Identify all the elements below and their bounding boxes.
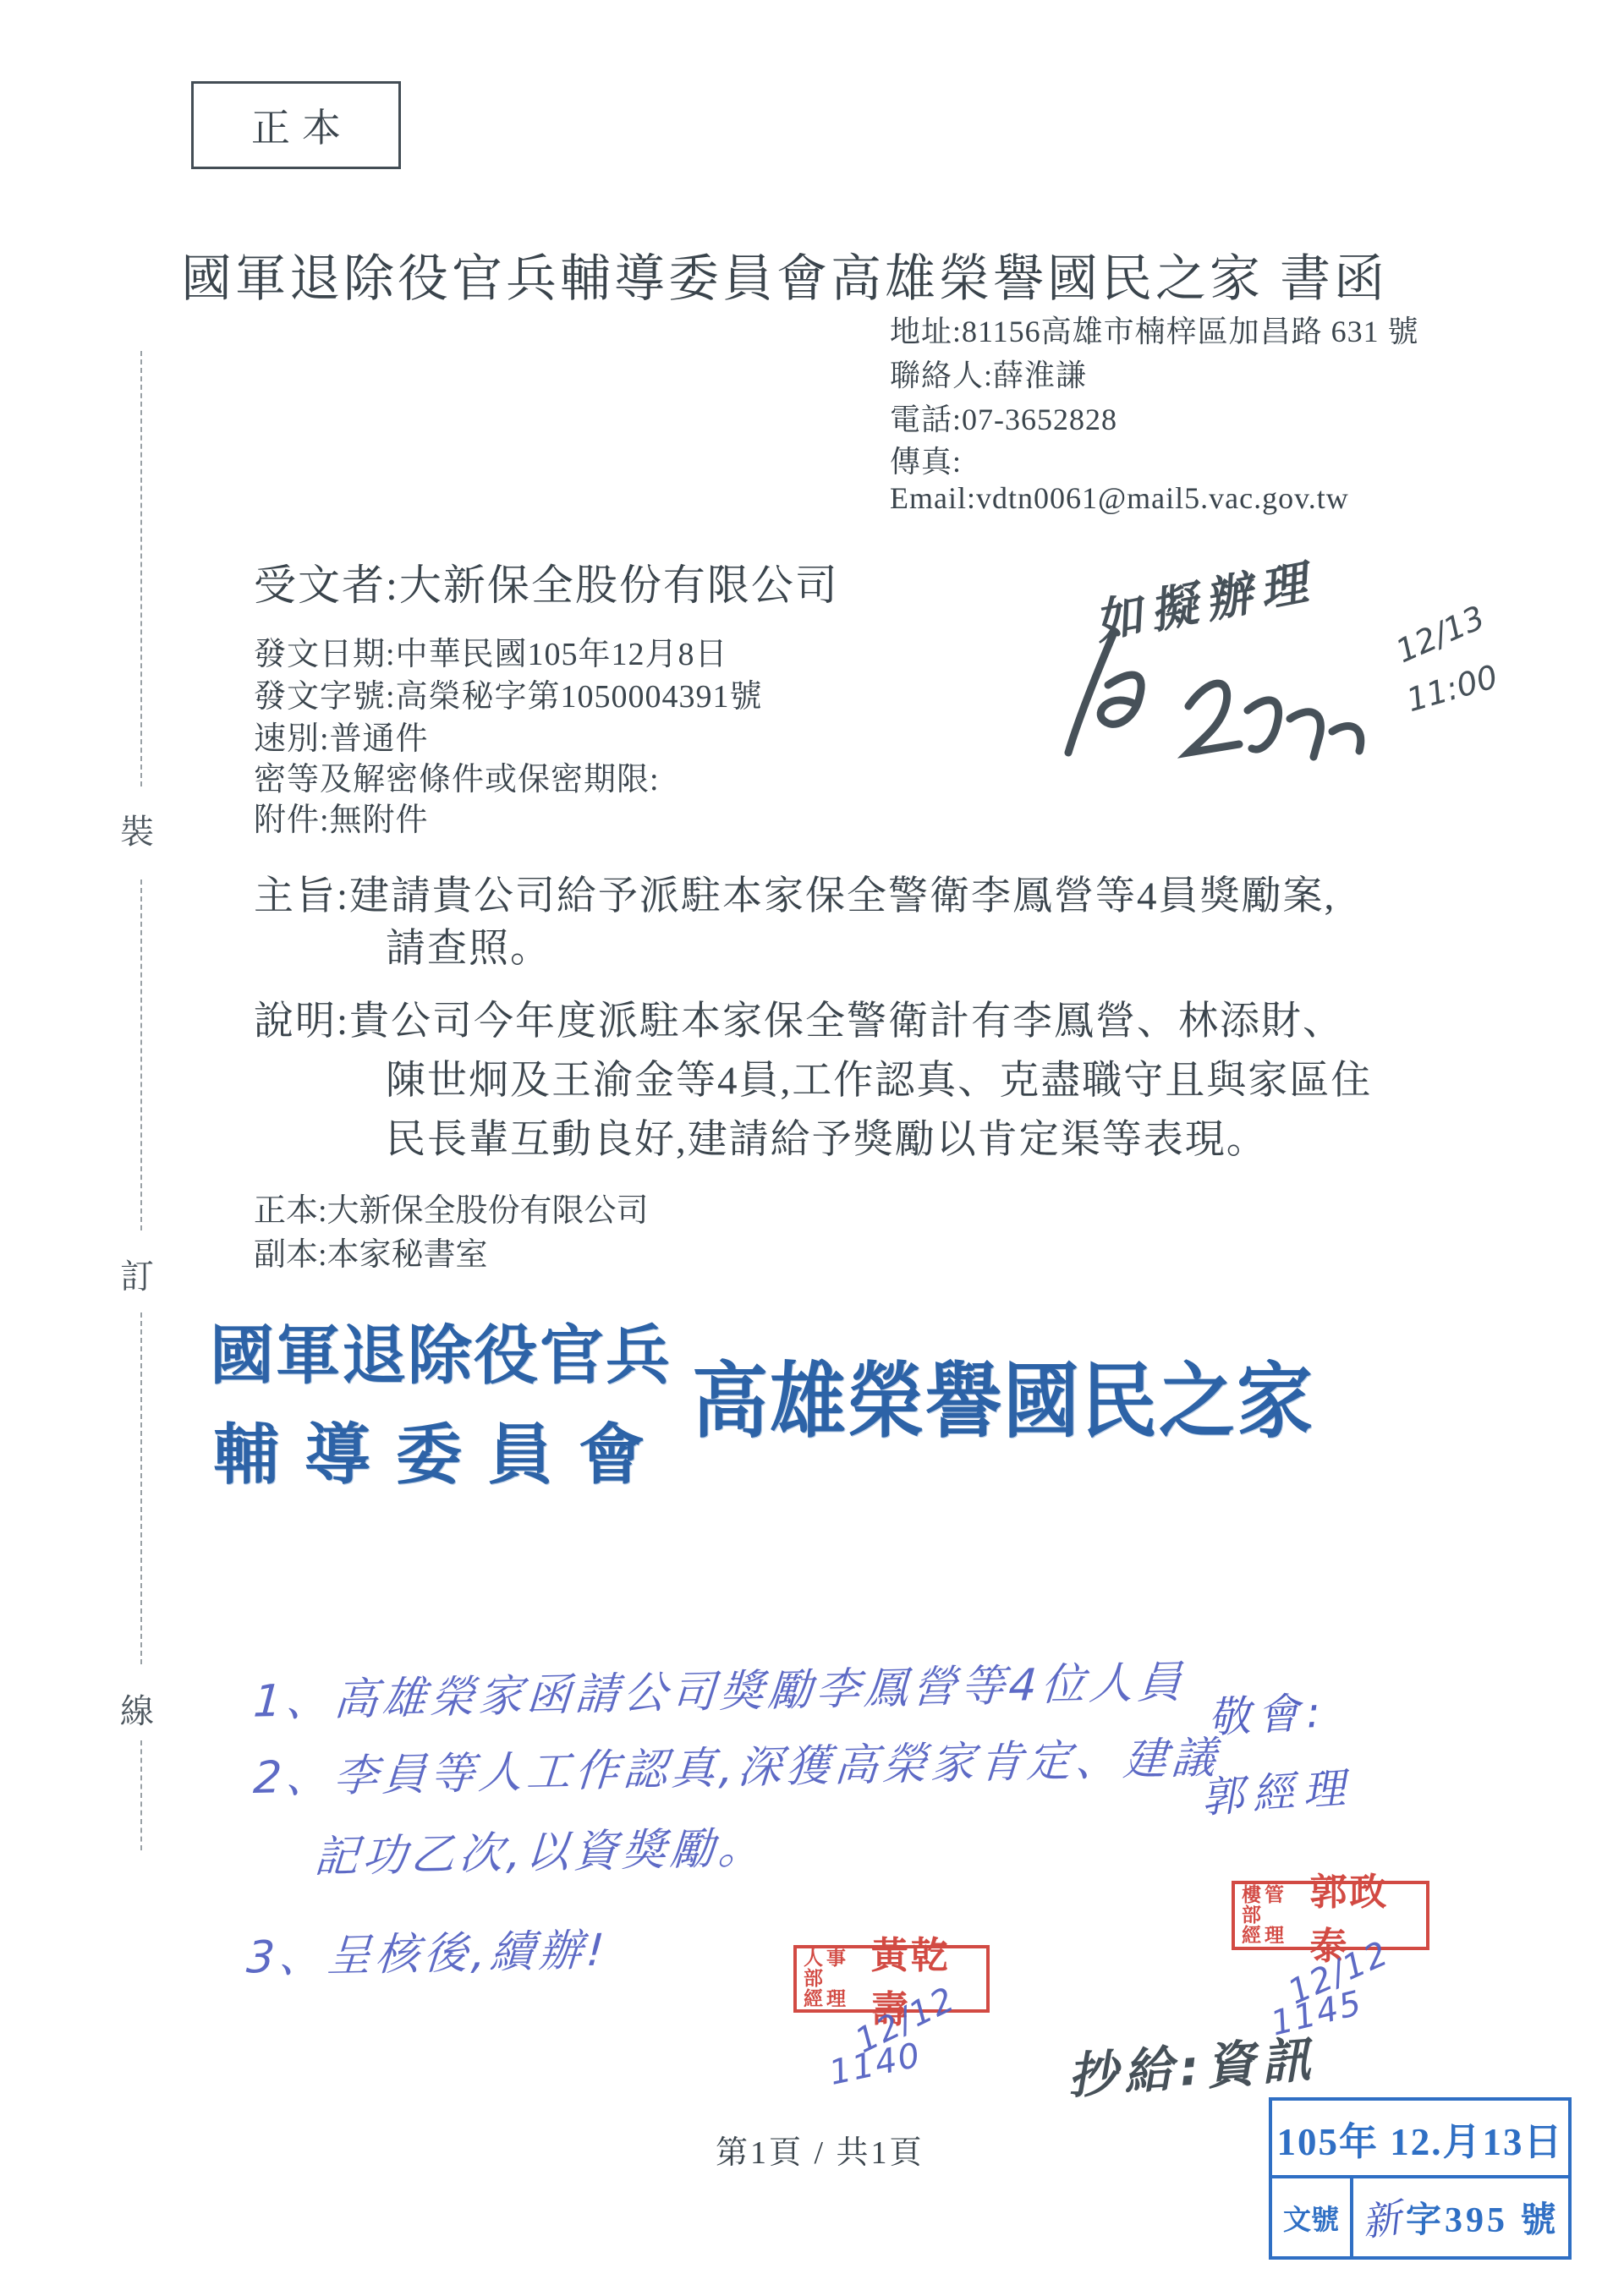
explanation-line-2: 陳世炯及王渝金等4員,工作認真、克盡職守且與家區住 <box>386 1049 1372 1105</box>
pen-note-1: 1、高雄榮家函請公司獎勵李鳳營等4位人員 <box>252 1646 1188 1729</box>
contact-fax: 傳真: <box>890 438 962 481</box>
pen-review-request: 敬會: <box>1206 1678 1328 1745</box>
document-title: 國軍退除役官兵輔導委員會高雄榮譽國民之家 書函 <box>181 238 1388 311</box>
binding-mark-ding: 訂 <box>120 1250 154 1298</box>
binding-mark-xian: 線 <box>120 1685 154 1733</box>
document-page: 正本 國軍退除役官兵輔導委員會高雄榮譽國民之家 書函 地址:81156高雄市楠梓… <box>0 0 1624 2296</box>
copy-type-box: 正本 <box>191 81 401 169</box>
meta-doc-number: 發文字號:高榮秘字第1050004391號 <box>254 670 763 716</box>
approval-signature-scribble <box>1062 626 1400 770</box>
stamp-title: 經理 <box>804 1989 866 2009</box>
manager-stamp-hr: 人事部 經理 黃乾壽 <box>793 1945 990 2013</box>
stamp-dept: 樓管部 <box>1242 1885 1304 1926</box>
binding-dash-3 <box>140 1312 142 1664</box>
meta-security: 密等及解密條件或保密期限: <box>254 753 660 799</box>
meta-speed: 速別:普通件 <box>254 712 429 759</box>
contact-person: 聯絡人:薛淮謙 <box>890 352 1087 395</box>
copy-type-label: 正本 <box>239 97 353 153</box>
binding-dash-2 <box>140 879 142 1230</box>
pen-note-4: 3、呈核後,續辦! <box>245 1914 611 1985</box>
agency-stamp-line2: 輔導委員會 <box>213 1402 670 1497</box>
binding-mark-zhuang: 裝 <box>120 805 154 853</box>
approval-time: 11:00 <box>1402 658 1501 719</box>
subject-line-2: 請查照。 <box>386 917 551 973</box>
receipt-docno-stamped: 字395 號 <box>1406 2192 1560 2243</box>
contact-email: Email:vdtn0061@mail5.vac.gov.tw <box>890 480 1349 516</box>
agency-stamp-right: 高雄榮譽國民之家 <box>692 1334 1314 1453</box>
receipt-docno-handwritten: 新 <box>1358 2187 1408 2248</box>
binding-dash-1 <box>140 351 142 786</box>
distribution-copy: 副本:本家秘書室 <box>254 1228 488 1274</box>
manager-stamp-facility: 樓管部 經理 郭政泰 <box>1232 1881 1429 1950</box>
receipt-stamp: 105年 12.月13日 文號 新 字395 號 <box>1269 2097 1572 2260</box>
pen-time-hr-time: 1140 <box>826 2036 924 2093</box>
contact-address: 地址:81156高雄市楠梓區加昌路 631 號 <box>890 308 1419 351</box>
pen-review-target: 郭經理 <box>1199 1754 1356 1825</box>
meta-issue-date: 發文日期:中華民國105年12月8日 <box>254 627 728 674</box>
receipt-date: 105年 12.月13日 <box>1272 2101 1568 2178</box>
contact-phone: 電話:07-3652828 <box>890 396 1117 439</box>
receipt-docno-label: 文號 <box>1272 2178 1353 2256</box>
explanation-line-3: 民長輩互動良好,建請給予獎勵以肯定渠等表現。 <box>386 1108 1268 1164</box>
approval-date: 12/13 <box>1391 599 1490 671</box>
agency-stamp-line1: 國軍退除役官兵 <box>210 1304 672 1396</box>
pen-note-2: 2、李員等人工作認真,深獲高榮家肯定、建議 <box>252 1722 1222 1806</box>
subject-line-1: 主旨:建請貴公司給予派駐本家保全警衛李鳳營等4員獎勵案, <box>254 864 1336 921</box>
meta-attachment: 附件:無附件 <box>254 793 429 840</box>
explanation-line-1: 說明:貴公司今年度派駐本家保全警衛計有李鳳營、林添財、 <box>254 989 1344 1046</box>
stamp-title: 經理 <box>1242 1926 1304 1946</box>
routing-note: 抄給:資訊 <box>1065 2019 1319 2107</box>
binding-dash-4 <box>140 1740 142 1850</box>
recipient-line: 受文者:大新保全股份有限公司 <box>254 551 839 612</box>
stamp-dept: 人事部 <box>804 1948 866 1989</box>
pen-note-3: 記功乙次,以資獎勵。 <box>313 1811 769 1884</box>
distribution-original: 正本:大新保全股份有限公司 <box>254 1184 649 1230</box>
page-footer: 第1頁 / 共1頁 <box>716 2126 924 2173</box>
